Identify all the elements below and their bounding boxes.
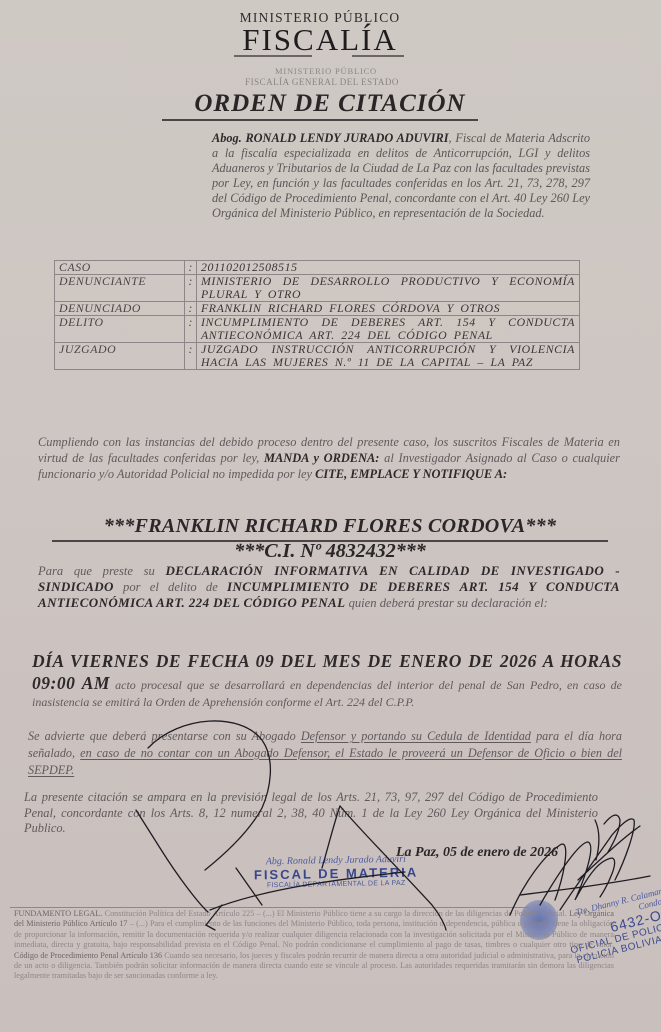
row-label: DENUNCIADO <box>55 302 185 316</box>
row-value: MINISTERIO DE DESARROLLO PRODUCTIVO Y EC… <box>197 275 580 302</box>
row-value: JUZGADO INSTRUCCIÓN ANTICORRUPCIÓN Y VIO… <box>197 343 580 370</box>
legal-footer: FUNDAMENTO LEGAL. Constitución Política … <box>14 909 614 982</box>
table-row: CASO : 201102012508515 <box>55 261 580 275</box>
title-underline <box>162 119 478 121</box>
subject-name: ***FRANKLIN RICHARD FLORES CORDOVA*** <box>52 515 608 538</box>
logo-rule-left <box>234 55 312 57</box>
subject-id: ***C.I. Nº 4832432*** <box>52 540 608 563</box>
header-sub-line-1: MINISTERIO PÚBLICO <box>240 66 412 76</box>
appointment-paragraph: DÍA VIERNES DE FECHA 09 DEL MES DE ENERO… <box>32 650 622 710</box>
table-row: DELITO : INCUMPLIMIENTO DE DEBERES ART. … <box>55 316 580 343</box>
row-label: DELITO <box>55 316 185 343</box>
warning-paragraph: Se advierte que deberá presentarse con s… <box>28 728 622 778</box>
institution-logo-text: FISCALÍA <box>232 22 408 58</box>
mandate-paragraph: Cumpliendo con las instancias del debido… <box>38 434 620 483</box>
purpose-paragraph: Para que preste su DECLARACIÓN INFORMATI… <box>38 563 620 612</box>
table-row: DENUNCIANTE : MINISTERIO DE DESARROLLO P… <box>55 275 580 302</box>
logo-rule-right <box>352 55 404 57</box>
case-details-table: CASO : 201102012508515 DENUNCIANTE : MIN… <box>54 260 580 370</box>
row-label: DENUNCIANTE <box>55 275 185 302</box>
table-row: JUZGADO : JUZGADO INSTRUCCIÓN ANTICORRUP… <box>55 343 580 370</box>
citation-document: MINISTERIO PÚBLICO FISCALÍA MINISTERIO P… <box>0 0 661 1032</box>
header-sub-line-2: FISCALÍA GENERAL DEL ESTADO <box>232 77 412 87</box>
fiscal-stamp: Abg. Ronald Lendy Jurado Aduviri FISCAL … <box>246 853 427 889</box>
row-label: CASO <box>55 261 185 275</box>
prosecutor-name: Abog. RONALD LENDY JURADO ADUVIRI <box>212 131 449 145</box>
table-row: DENUNCIADO : FRANKLIN RICHARD FLORES CÓR… <box>55 302 580 316</box>
document-title: ORDEN DE CITACIÓN <box>160 90 500 118</box>
legal-basis-paragraph: La presente citación se ampara en la pre… <box>24 790 598 837</box>
intro-paragraph: Abog. RONALD LENDY JURADO ADUVIRI, Fisca… <box>212 131 590 220</box>
row-value: FRANKLIN RICHARD FLORES CÓRDOVA Y OTROS <box>197 302 580 316</box>
row-label: JUZGADO <box>55 343 185 370</box>
footer-divider <box>10 907 530 908</box>
row-value: 201102012508515 <box>197 261 580 275</box>
row-value: INCUMPLIMIENTO DE DEBERES ART. 154 Y CON… <box>197 316 580 343</box>
